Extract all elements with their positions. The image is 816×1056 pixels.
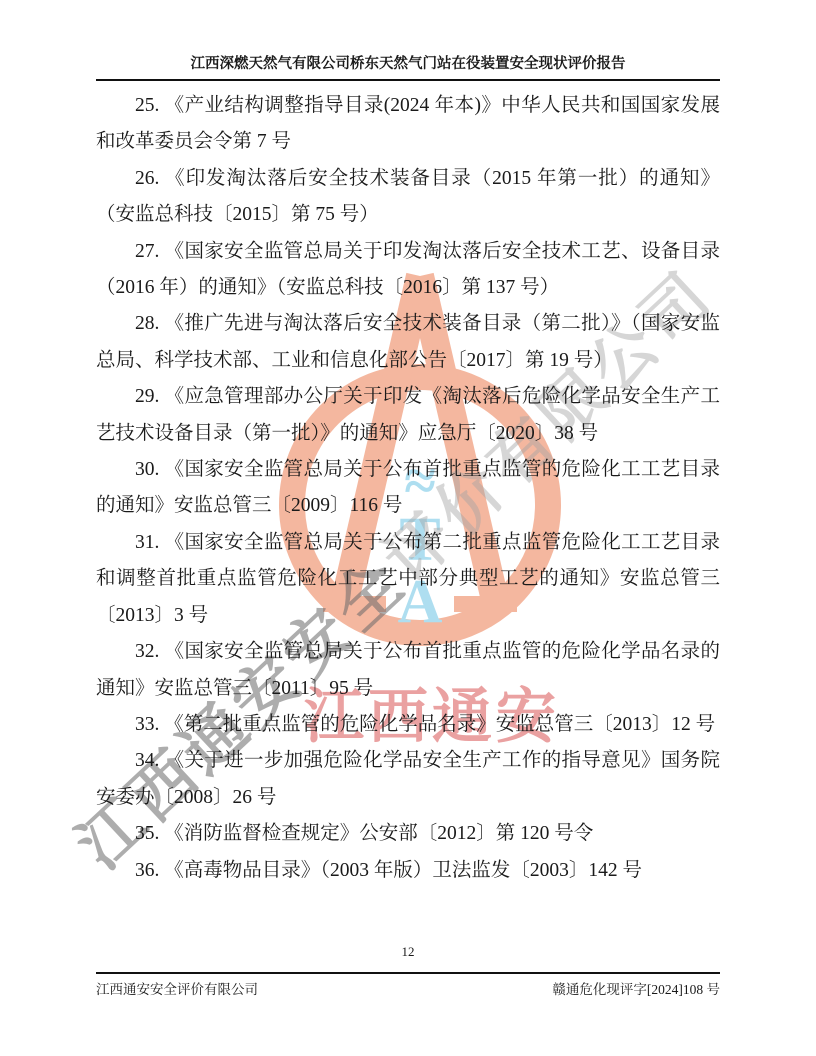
reference-item: 32. 《国家安全监管总局关于公布首批重点监管的危险化学品名录的通知》安监总管三… [96, 634, 720, 707]
page-footer: 江西通安安全评价有限公司 赣通危化现评字[2024]108 号 [96, 978, 720, 998]
reference-list: 25. 《产业结构调整指导目录(2024 年本)》中华人民共和国国家发展和改革委… [96, 88, 720, 889]
reference-item: 28. 《推广先进与淘汰落后安全技术装备目录（第二批）》（国家安监总局、科学技术… [96, 306, 720, 379]
footer-divider [96, 972, 720, 974]
reference-item: 36. 《高毒物品目录》（2003 年版）卫法监发〔2003〕142 号 [96, 853, 720, 889]
reference-item: 35. 《消防监督检查规定》公安部〔2012〕第 120 号令 [96, 816, 720, 852]
page-number: 12 [0, 944, 816, 960]
reference-item: 25. 《产业结构调整指导目录(2024 年本)》中华人民共和国国家发展和改革委… [96, 88, 720, 161]
footer-document-number: 赣通危化现评字[2024]108 号 [552, 978, 720, 998]
document-page: ≈ T A 江西通安安全评价有限公司 江西通安 江西深燃天然气有限公司桥东天然气… [0, 0, 816, 1056]
content-layer: 江西深燃天然气有限公司桥东天然气门站在役装置安全现状评价报告 25. 《产业结构… [0, 0, 816, 1056]
reference-item: 31. 《国家安全监管总局关于公布第二批重点监管危险化工工艺目录和调整首批重点监… [96, 525, 720, 634]
reference-item: 33. 《第二批重点监管的危险化学品名录》安监总管三〔2013〕12 号 [96, 707, 720, 743]
footer-company-name: 江西通安安全评价有限公司 [96, 978, 258, 998]
page-header-title: 江西深燃天然气有限公司桥东天然气门站在役装置安全现状评价报告 [96, 52, 720, 81]
reference-item: 29. 《应急管理部办公厅关于印发《淘汰落后危险化学品安全生产工艺技术设备目录（… [96, 379, 720, 452]
reference-item: 34. 《关于进一步加强危险化学品安全生产工作的指导意见》国务院安委办〔2008… [96, 743, 720, 816]
reference-item: 27. 《国家安全监管总局关于印发淘汰落后安全技术工艺、设备目录（2016 年）… [96, 234, 720, 307]
reference-item: 30. 《国家安全监管总局关于公布首批重点监管的危险化工工艺目录的通知》安监总管… [96, 452, 720, 525]
reference-item: 26. 《印发淘汰落后安全技术装备目录（2015 年第一批）的通知》（安监总科技… [96, 161, 720, 234]
